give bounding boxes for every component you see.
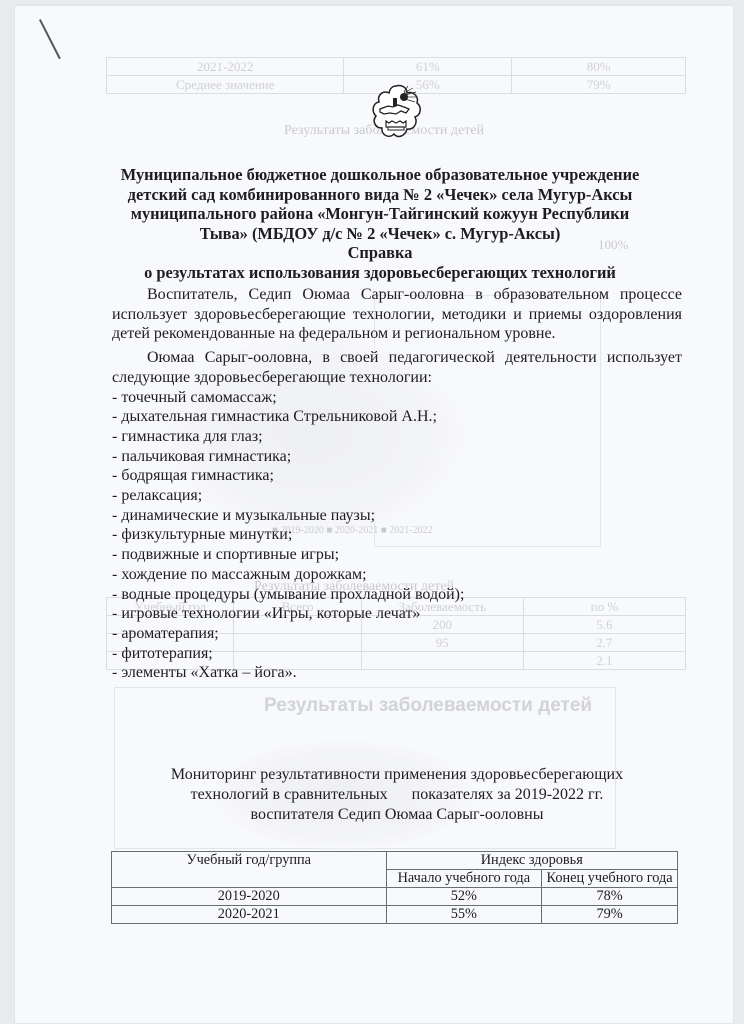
list-item: - элементы «Хатка – йога». [112, 663, 682, 683]
document-body: Воспитатель, Седип Оюмаа Сарыг-ооловна в… [112, 285, 682, 683]
institution-line-1: Муниципальное бюджетное дошкольное образ… [100, 165, 660, 185]
document-header: Муниципальное бюджетное дошкольное образ… [100, 165, 660, 283]
scanned-page: 2021-2022 61% 80% Среднее значение 56% 7… [14, 5, 734, 1024]
list-item: - дыхательная гимнастика Стрельниковой А… [112, 407, 682, 427]
institution-line-2: детский сад комбинированного вида № 2 «Ч… [100, 185, 660, 205]
monitoring-title: Мониторинг результативности применения з… [112, 765, 682, 825]
list-item: - релаксация; [112, 486, 682, 506]
institution-line-3: муниципального района «Монгун-Тайгинский… [100, 204, 660, 224]
list-item: - динамические и музыкальные паузы; [112, 506, 682, 526]
technologies-list: - точечный самомассаж; - дыхательная гим… [112, 388, 682, 684]
pen-mark [39, 19, 61, 59]
cell-year: 2019-2020 [112, 888, 387, 906]
list-item: - физкультурные минутки; [112, 525, 682, 545]
list-item: - гимнастика для глаз; [112, 427, 682, 447]
list-item: - подвижные и спортивные игры; [112, 545, 682, 565]
cell-year: 2020-2021 [112, 906, 387, 924]
table-row: 2019-2020 52% 78% [112, 888, 678, 906]
tuva-coat-of-arms-icon [371, 83, 421, 141]
cell-end: 78% [542, 888, 678, 906]
health-index-table: Учебный год/группа Индекс здоровья Начал… [111, 851, 678, 924]
header-start-of-year: Начало учебного года [386, 870, 542, 888]
cell-end: 79% [542, 906, 678, 924]
table-row: 2020-2021 55% 79% [112, 906, 678, 924]
cell-start: 52% [386, 888, 542, 906]
list-item: - пальчиковая гимнастика; [112, 447, 682, 467]
document-subtitle: о результатах использования здоровьесбер… [100, 263, 660, 283]
list-item: - хождение по массажным дорожкам; [112, 565, 682, 585]
document-title: Справка [100, 243, 660, 263]
header-end-of-year: Конец учебного года [542, 870, 678, 888]
paragraph-technologies-intro: Оюмаа Сарыг-ооловна, в своей педагогичес… [112, 348, 682, 387]
list-item: - бодрящая гимнастика; [112, 466, 682, 486]
bleed-through-chart-title: Результаты заболеваемости детей [264, 695, 592, 717]
header-year-group: Учебный год/группа [112, 852, 387, 888]
monitoring-title-line-3: воспитателя Седип Оюмаа Сарыг-ооловны [112, 805, 682, 825]
paragraph-intro: Воспитатель, Седип Оюмаа Сарыг-ооловна в… [112, 285, 682, 344]
list-item: - точечный самомассаж; [112, 388, 682, 408]
cell-start: 55% [386, 906, 542, 924]
list-item: - фитотерапия; [112, 644, 682, 664]
list-item: - игровые технологии «Игры, которые леча… [112, 604, 682, 624]
header-health-index: Индекс здоровья [386, 852, 678, 870]
institution-line-4: Тыва» (МБДОУ д/с № 2 «Чечек» с. Мугур-Ак… [100, 224, 660, 244]
list-item: - ароматерапия; [112, 624, 682, 644]
monitoring-title-line-1: Мониторинг результативности применения з… [112, 765, 682, 785]
monitoring-title-line-2: технологий в сравнительных показателях з… [112, 785, 682, 805]
list-item: - водные процедуры (умывание прохладной … [112, 585, 682, 605]
